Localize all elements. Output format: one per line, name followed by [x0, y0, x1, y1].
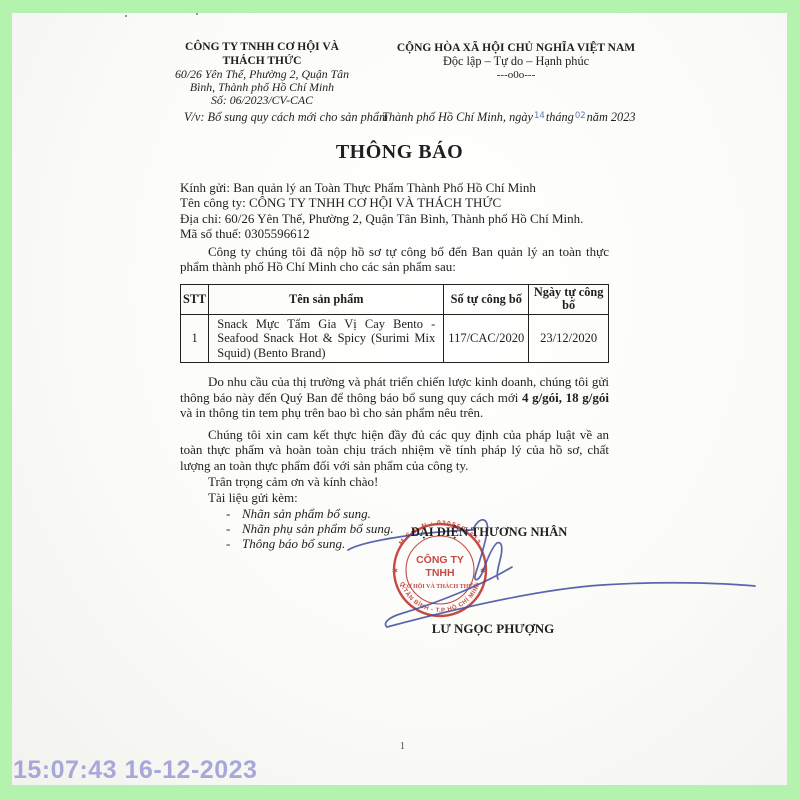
- document-page: CÔNG TY TNHH CƠ HỘI VÀ THÁCH THỨC 60/26 …: [12, 13, 787, 785]
- tax-id-line: Mã số thuế: 0305596612: [180, 226, 609, 241]
- handwritten-month: 02: [574, 111, 587, 121]
- address-line: Địa chỉ: 60/26 Yên Thế, Phường 2, Quận T…: [180, 211, 609, 226]
- handwritten-day: 14: [533, 111, 546, 121]
- bullet-dash: -: [226, 521, 242, 536]
- company-address: 60/26 Yên Thế, Phường 2, Quận Tân Bình, …: [173, 68, 351, 94]
- company-header: CÔNG TY TNHH CƠ HỘI VÀ THÁCH THỨC 60/26 …: [142, 41, 382, 108]
- company-name-line2: THÁCH THỨC: [142, 55, 382, 69]
- company-line: Tên công ty: CÔNG TY TNHH CƠ HỘI VÀ THÁC…: [180, 195, 609, 210]
- attachments-label: Tài liệu gửi kèm:: [180, 490, 609, 505]
- intro-paragraph: Công ty chúng tôi đã nộp hồ sơ tự công b…: [180, 244, 609, 275]
- screenshot-root: { "colors": { "frame_green": "#b3f3ae", …: [0, 0, 800, 800]
- notice-paragraph: Do nhu cầu của thị trường và phát triển …: [180, 374, 609, 420]
- col-header-declaration-number: Số tự công bố: [444, 284, 529, 314]
- national-motto-line2: Độc lập – Tự do – Hạnh phúc: [374, 55, 658, 69]
- paper-speck: [196, 13, 198, 15]
- document-title: THÔNG BÁO: [12, 141, 787, 164]
- col-header-stt: STT: [181, 284, 209, 314]
- bullet-dash: -: [226, 506, 242, 521]
- commitment-paragraph: Chúng tôi xin cam kết thực hiện đầy đủ c…: [180, 427, 609, 473]
- national-header: CỘNG HÒA XÃ HỘI CHỦ NGHĨA VIỆT NAM Độc l…: [374, 41, 658, 81]
- motto-divider: ---o0o---: [374, 69, 658, 81]
- cell-stt: 1: [181, 314, 209, 363]
- national-motto-line1: CỘNG HÒA XÃ HỘI CHỦ NGHĨA VIỆT NAM: [374, 41, 658, 55]
- date-line: Thành phố Hồ Chí Minh, ngày14tháng02năm …: [382, 110, 636, 125]
- signer-title: ĐẠI DIỆN THƯƠNG NHÂN: [380, 525, 598, 540]
- col-header-declaration-date: Ngày tự công bố: [529, 284, 609, 314]
- document-ref-number: Số: 06/2023/CV-CAC: [142, 94, 382, 107]
- product-table: STT Tên sản phẩm Số tự công bố Ngày tự c…: [180, 284, 609, 364]
- table-row: 1 Snack Mực Tẩm Gia Vị Cay Bento -Seafoo…: [181, 314, 609, 363]
- closing-line: Trân trọng cảm ơn và kính chào!: [180, 474, 609, 489]
- date-month-label: tháng: [546, 110, 574, 124]
- new-pack-sizes: 4 g/gói, 18 g/gói: [522, 390, 609, 405]
- bullet-dash: -: [226, 536, 242, 551]
- cell-product-name: Snack Mực Tẩm Gia Vị Cay Bento -Seafood …: [209, 314, 444, 363]
- recipient-line: Kính gửi: Ban quản lý an Toàn Thực Phẩm …: [180, 180, 609, 195]
- notice-text-after: và in thông tin tem phụ trên bao bì cho …: [180, 405, 483, 420]
- signer-name: LƯ NGỌC PHƯỢNG: [390, 621, 596, 637]
- col-header-product-name: Tên sản phẩm: [209, 284, 444, 314]
- camera-timestamp: 15:07:43 16-12-2023: [13, 756, 257, 785]
- document-subject: V/v: Bổ sung quy cách mới cho sản phẩm: [184, 110, 388, 125]
- cell-declaration-number: 117/CAC/2020: [444, 314, 529, 363]
- date-year: năm 2023: [587, 110, 636, 124]
- paper-speck: [125, 15, 127, 17]
- document-body: Kính gửi: Ban quản lý an Toàn Thực Phẩm …: [180, 180, 609, 552]
- attachment-text: Thông báo bổ sung.: [242, 536, 345, 551]
- cell-declaration-date: 23/12/2020: [529, 314, 609, 363]
- company-name-line1: CÔNG TY TNHH CƠ HỘI VÀ: [142, 41, 382, 55]
- table-header-row: STT Tên sản phẩm Số tự công bố Ngày tự c…: [181, 284, 609, 314]
- date-prefix: Thành phố Hồ Chí Minh, ngày: [382, 110, 533, 124]
- page-number: 1: [400, 741, 405, 752]
